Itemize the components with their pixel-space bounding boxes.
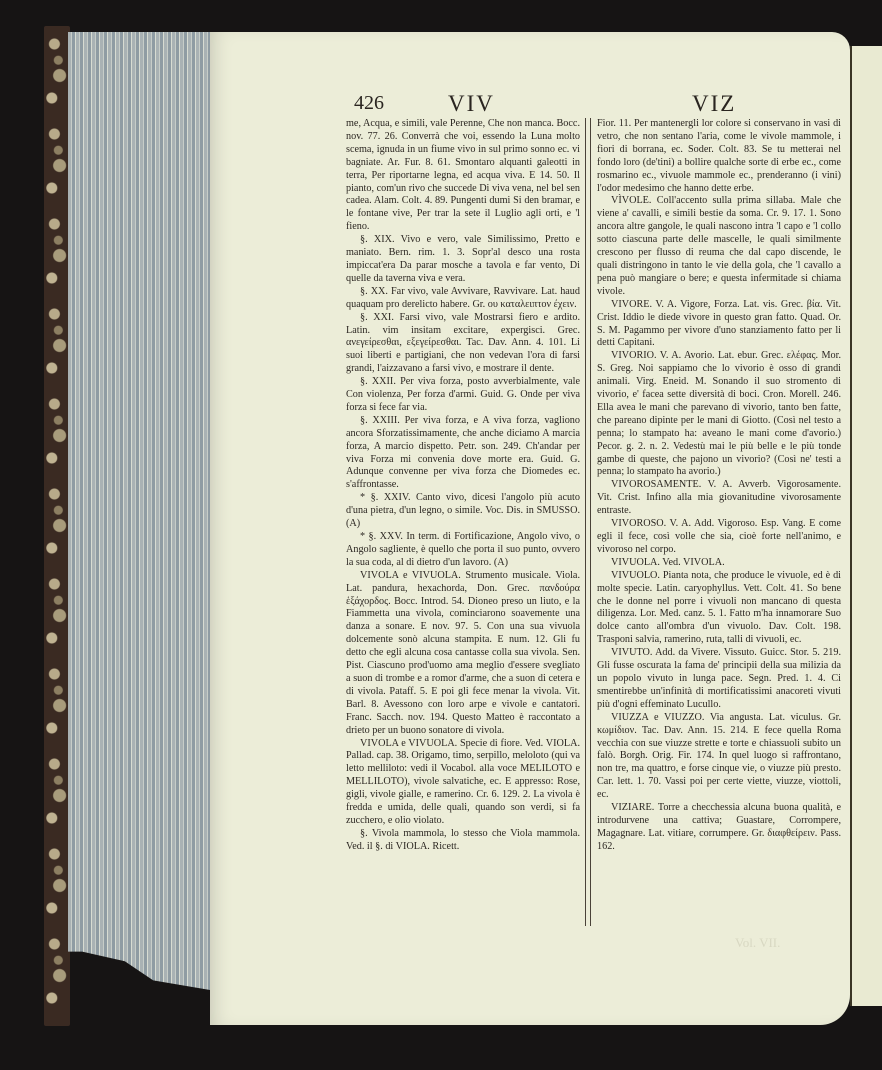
facing-page: [850, 46, 882, 1006]
left-column: me, Acqua, e simili, vale Perenne, Che n…: [346, 118, 580, 854]
entry-paragraph: §. XX. Far vivo, vale Avvivare, Ravvivar…: [346, 286, 580, 312]
entry-paragraph: VIVUTO. Add. da Vivere. Vissuto. Guicc. …: [597, 647, 841, 712]
page-edges: [68, 32, 210, 990]
header-left-guide-word: VIV: [448, 91, 495, 117]
entry-paragraph: VÌVOLE. Coll'accento sulla prima sillaba…: [597, 195, 841, 298]
book-spine: [44, 26, 70, 1026]
entry-paragraph: VIVUOLO. Pianta nota, che produce le viv…: [597, 570, 841, 647]
entry-paragraph: §. XIX. Vivo e vero, vale Similissimo, P…: [346, 234, 580, 286]
entry-paragraph: VIVORIO. V. A. Avorio. Lat. ebur. Grec. …: [597, 350, 841, 479]
header-right-guide-word: VIZ: [692, 91, 736, 117]
entry-paragraph: * §. XXIV. Canto vivo, dicesi l'angolo p…: [346, 492, 580, 531]
right-column: Fior. 11. Per mantenergli lor colore si …: [597, 118, 841, 854]
entry-paragraph: VIVOROSO. V. A. Add. Vigoroso. Esp. Vang…: [597, 518, 841, 557]
entry-paragraph: VIVOLA e VIVUOLA. Strumento musicale. Vi…: [346, 570, 580, 738]
entry-paragraph: VIVOLA e VIVUOLA. Specie di fiore. Ved. …: [346, 738, 580, 828]
entry-paragraph: §. XXIII. Per viva forza, e A viva forza…: [346, 415, 580, 492]
entry-paragraph: VIVORE. V. A. Vigore, Forza. Lat. vis. G…: [597, 299, 841, 351]
volume-signature: Vol. VII.: [735, 935, 780, 951]
entry-paragraph: VIVUOLA. Ved. VIVOLA.: [597, 557, 841, 570]
page-number: 426: [354, 92, 384, 115]
entry-paragraph: §. Vivola mammola, lo stesso che Viola m…: [346, 828, 580, 854]
entry-paragraph: §. XXII. Per viva forza, posto avverbial…: [346, 376, 580, 415]
entry-paragraph: me, Acqua, e simili, vale Perenne, Che n…: [346, 118, 580, 234]
entry-paragraph: VIVOROSAMENTE. V. A. Avverb. Vigorosamen…: [597, 479, 841, 518]
entry-paragraph: * §. XXV. In term. di Fortificazione, An…: [346, 531, 580, 570]
column-divider: [585, 118, 591, 926]
entry-paragraph: VIZIARE. Torre a checchessia alcuna buon…: [597, 802, 841, 854]
entry-paragraph: §. XXI. Farsi vivo, vale Mostrarsi fiero…: [346, 312, 580, 377]
entry-paragraph: Fior. 11. Per mantenergli lor colore si …: [597, 118, 841, 195]
entry-paragraph: VIUZZA e VIUZZO. Via angusta. Lat. vicul…: [597, 712, 841, 802]
